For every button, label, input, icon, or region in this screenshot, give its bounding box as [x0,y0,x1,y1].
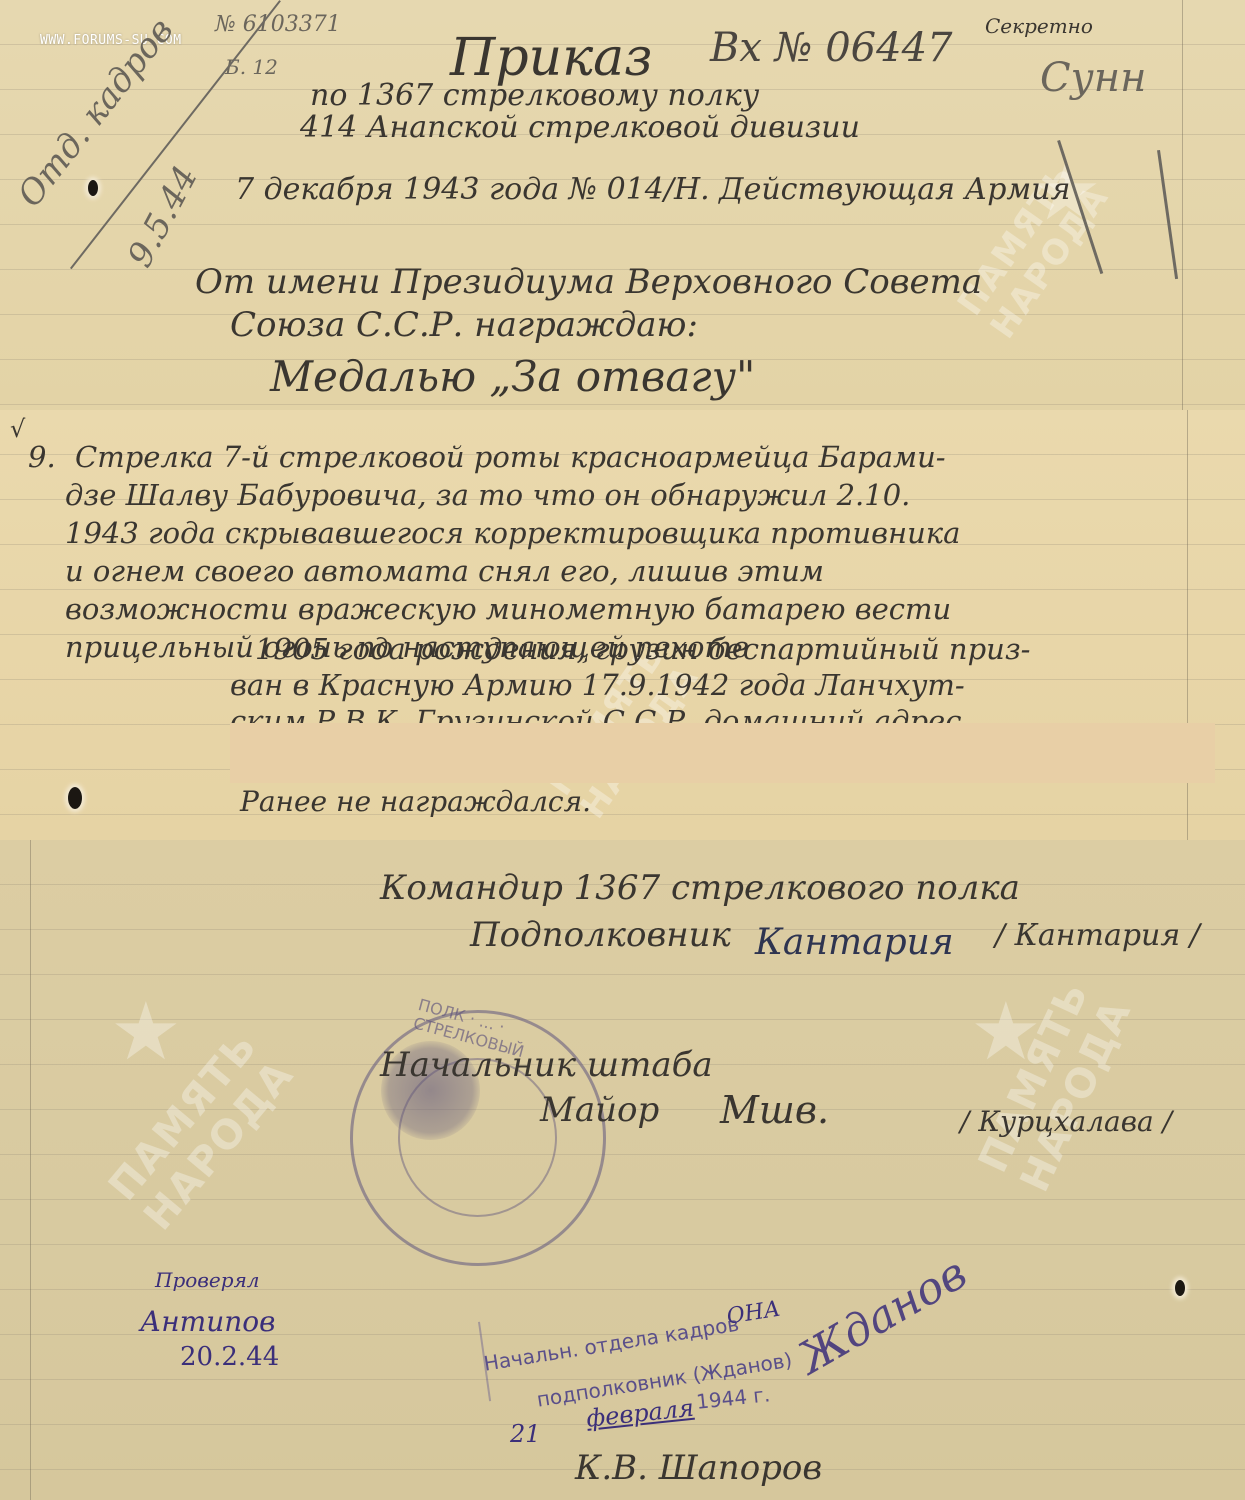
commander-name: / Кантария / [995,918,1200,953]
preamble-line-1: От имени Президиума Верховного Совета [195,262,982,302]
award-title: Медалью „За отвагу" [270,352,755,401]
chief-of-staff-title: Начальник штаба [380,1045,713,1085]
verified-label: Проверял [155,1268,260,1292]
secret-label: Секретно [985,14,1093,38]
chief-of-staff-signature: Мшв. [720,1088,829,1132]
previous-awards-note: Ранее не награждался. [240,785,591,818]
unit-line-1: по 1367 стрелковому полку [310,78,759,113]
verifier-signature: Антипов [140,1305,275,1338]
bio-line: ван в Красную Армию 17.9.1942 года Ланчх… [230,668,965,702]
citation-line: 1943 года скрывавшегося корректировщика … [65,516,960,550]
archive-number: № 6103371 [215,12,341,37]
commander-signature: Кантария [755,922,954,963]
secret-signature: Сунн [1040,55,1147,101]
commander-rank: Подполковник [470,915,731,955]
stamp-date-day: 21 [510,1420,541,1448]
left-margin-line [30,840,31,1500]
bio-line: 1905 года рождения, грузин беспартийный … [255,632,1030,666]
chief-of-staff-name: / Курцхалава / [960,1105,1172,1138]
citation-line: Стрелка 7-й стрелковой роты красноармейц… [75,440,946,474]
star-watermark-icon: ★ [110,985,182,1078]
incoming-secret-number: Вх № 06447 [710,25,952,71]
citation-line: и огнем своего автомата снял его, лишив … [65,554,824,588]
redacted-address-block [230,723,1215,783]
punch-hole [88,180,98,196]
right-margin-line [1182,0,1183,410]
order-date-line: 7 декабря 1943 года № 014/Н. Действующая… [235,172,1070,207]
citation-line: возможности вражескую минометную батарею… [65,592,951,626]
typed-name: К.В. Шапоров [575,1448,822,1488]
punch-hole [68,787,82,809]
commander-title: Командир 1367 стрелкового полка [380,868,1020,908]
preamble-line-2: Союза С.С.Р. награждаю: [230,305,698,345]
checkmark: √ [10,415,25,443]
citation-number: 9. [28,440,56,474]
citation-line: дзе Шалву Бабуровича, за то что он обнар… [65,478,910,512]
chief-of-staff-rank: Майор [540,1090,659,1130]
verification-date: 20.2.44 [180,1342,279,1372]
unit-line-2: 414 Анапской стрелковой дивизии [300,110,860,145]
punch-hole [1175,1280,1185,1296]
